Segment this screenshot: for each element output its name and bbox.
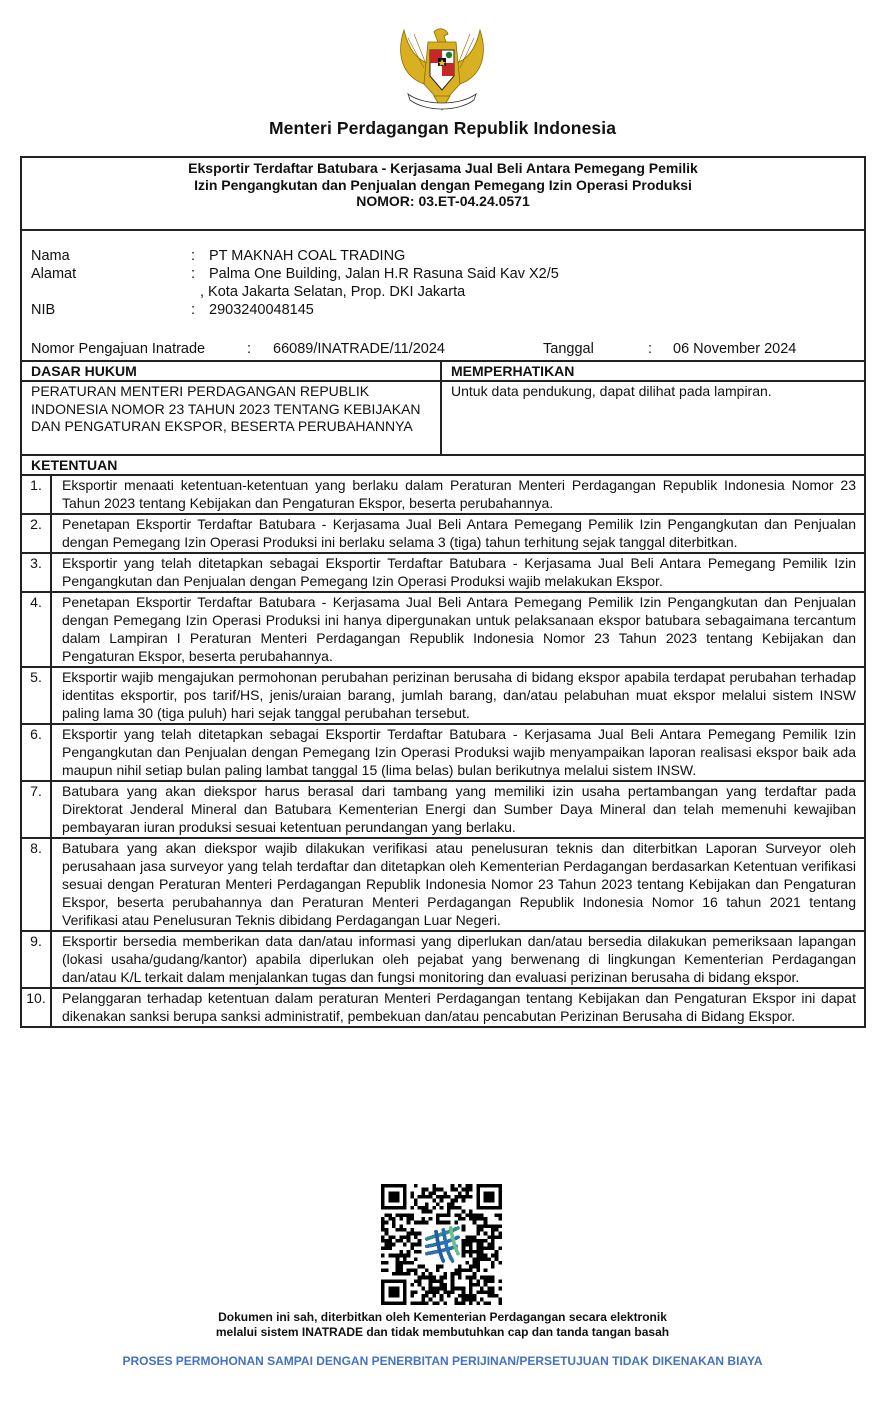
provision-text: Eksportir yang telah ditetapkan sebagai … <box>52 554 864 591</box>
basis-section: DASAR HUKUM PERATURAN MENTERI PERDAGANGA… <box>22 360 864 454</box>
garuda-emblem-icon <box>394 24 490 116</box>
colon: : <box>191 302 209 318</box>
provision-text: Batubara yang akan diekspor wajib dilaku… <box>52 839 864 930</box>
provision-text: Eksportir wajib mengajukan permohonan pe… <box>52 668 864 723</box>
colon: : <box>191 248 209 264</box>
provision-number: 4. <box>22 593 52 666</box>
considering-header: MEMPERHATIKAN <box>442 362 864 382</box>
legal-line1: Dokumen ini sah, diterbitkan oleh Kement… <box>0 1310 885 1325</box>
date-label: Tanggal <box>543 341 648 357</box>
provision-row: 5.Eksportir wajib mengajukan permohonan … <box>22 666 864 723</box>
provision-text: Eksportir bersedia memberikan data dan/a… <box>52 932 864 987</box>
document-title-block: Eksportir Terdaftar Batubara - Kerjasama… <box>22 158 864 231</box>
provisions-header: KETENTUAN <box>22 454 864 474</box>
provision-text: Penetapan Eksportir Terdaftar Batubara -… <box>52 593 864 666</box>
nib-label: NIB <box>31 302 191 318</box>
provision-number: 2. <box>22 515 52 552</box>
provision-text: Pelanggaran terhadap ketentuan dalam per… <box>52 989 864 1026</box>
provision-number: 3. <box>22 554 52 591</box>
fee-notice: PROSES PERMOHONAN SAMPAI DENGAN PENERBIT… <box>0 1354 885 1368</box>
provision-row: 2.Penetapan Eksportir Terdaftar Batubara… <box>22 513 864 552</box>
provision-row: 6.Eksportir yang telah ditetapkan sebaga… <box>22 723 864 780</box>
provisions-list: 1.Eksportir menaati ketentuan-ketentuan … <box>22 474 864 1026</box>
name-value: PT MAKNAH COAL TRADING <box>209 248 405 264</box>
qr-code-icon[interactable] <box>380 1184 503 1305</box>
provision-number: 8. <box>22 839 52 930</box>
colon: : <box>247 341 273 357</box>
provision-text: Eksportir menaati ketentuan-ketentuan ya… <box>52 476 864 513</box>
company-info: Nama:PT MAKNAH COAL TRADING Alamat:Palma… <box>22 231 864 360</box>
address-line2: , Kota Jakarta Selatan, Prop. DKI Jakart… <box>200 284 465 300</box>
legal-basis-header: DASAR HUKUM <box>22 362 440 382</box>
considering-text: Untuk data pendukung, dapat dilihat pada… <box>442 382 864 454</box>
nib-value: 2903240048145 <box>209 302 314 318</box>
colon: : <box>191 266 209 282</box>
legal-basis-column: DASAR HUKUM PERATURAN MENTERI PERDAGANGA… <box>22 362 442 454</box>
provision-row: 4.Penetapan Eksportir Terdaftar Batubara… <box>22 591 864 666</box>
legal-line2: melalui sistem INATRADE dan tidak membut… <box>0 1325 885 1340</box>
legal-notice: Dokumen ini sah, diterbitkan oleh Kement… <box>0 1310 885 1340</box>
doc-title-line1: Eksportir Terdaftar Batubara - Kerjasama… <box>22 160 864 177</box>
provision-row: 3.Eksportir yang telah ditetapkan sebaga… <box>22 552 864 591</box>
legal-basis-text: PERATURAN MENTERI PERDAGANGAN REPUBLIK I… <box>22 382 440 454</box>
submission-label: Nomor Pengajuan Inatrade <box>31 341 247 357</box>
document-frame: Eksportir Terdaftar Batubara - Kerjasama… <box>20 156 866 1028</box>
provision-text: Batubara yang akan diekspor harus berasa… <box>52 782 864 837</box>
address-label: Alamat <box>31 266 191 282</box>
name-label: Nama <box>31 248 191 264</box>
provision-number: 9. <box>22 932 52 987</box>
provision-number: 1. <box>22 476 52 513</box>
provision-number: 10. <box>22 989 52 1026</box>
doc-number: NOMOR: 03.ET-04.24.0571 <box>22 193 864 210</box>
provision-number: 5. <box>22 668 52 723</box>
provision-row: 9.Eksportir bersedia memberikan data dan… <box>22 930 864 987</box>
considering-column: MEMPERHATIKAN Untuk data pendukung, dapa… <box>442 362 864 454</box>
provision-row: 1.Eksportir menaati ketentuan-ketentuan … <box>22 474 864 513</box>
provision-row: 8.Batubara yang akan diekspor wajib dila… <box>22 837 864 930</box>
colon: : <box>648 341 673 357</box>
submission-value: 66089/INATRADE/11/2024 <box>273 341 543 357</box>
provision-row: 7.Batubara yang akan diekspor harus bera… <box>22 780 864 837</box>
org-title: Menteri Perdagangan Republik Indonesia <box>0 118 885 139</box>
date-value: 06 November 2024 <box>673 341 796 357</box>
doc-title-line2: Izin Pengangkutan dan Penjualan dengan P… <box>22 177 864 194</box>
provision-text: Penetapan Eksportir Terdaftar Batubara -… <box>52 515 864 552</box>
provision-number: 6. <box>22 725 52 780</box>
provision-row: 10.Pelanggaran terhadap ketentuan dalam … <box>22 987 864 1026</box>
provision-text: Eksportir yang telah ditetapkan sebagai … <box>52 725 864 780</box>
address-line1: Palma One Building, Jalan H.R Rasuna Sai… <box>209 266 559 282</box>
provision-number: 7. <box>22 782 52 837</box>
